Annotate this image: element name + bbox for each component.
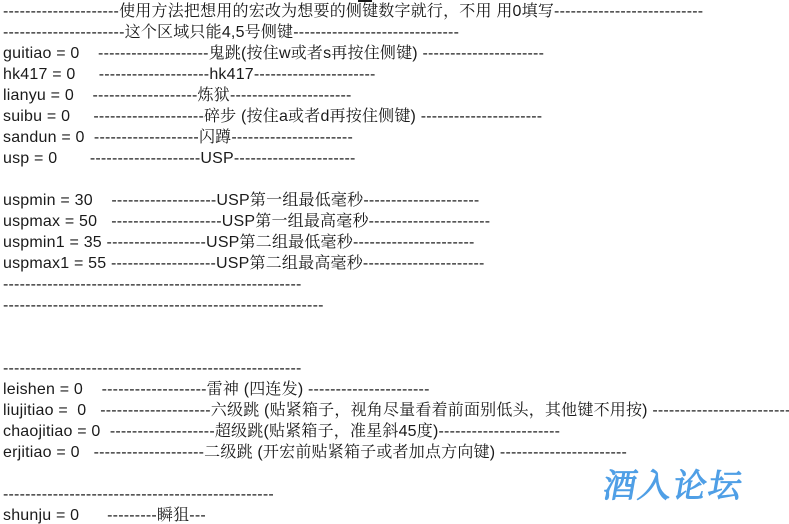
separator-line: ----------------------------------------… bbox=[3, 295, 789, 316]
macro-line-guitiao: guitiao = 0 --------------------鬼跳(按住w或者… bbox=[3, 43, 789, 64]
forum-watermark: 酒入论坛 bbox=[600, 460, 748, 507]
macro-line-uspmin: uspmin = 30 -------------------USP第一组最低毫… bbox=[3, 190, 789, 211]
comment-line: ---------------------使用方法把想用的宏改为想要的侧键数字就… bbox=[3, 1, 789, 22]
config-document: ---------------------使用方法把想用的宏改为想要的侧键数字就… bbox=[0, 0, 789, 524]
macro-line-liujitiao: liujitiao = 0 --------------------六级跳 (贴… bbox=[3, 400, 789, 421]
comment-line: ----------------------这个区域只能4,5号侧键------… bbox=[3, 22, 789, 43]
macro-line-sandun: sandun = 0 -------------------闪蹲--------… bbox=[3, 127, 789, 148]
blank-line bbox=[3, 169, 789, 190]
macro-line-lianyu: lianyu = 0 -------------------炼狱--------… bbox=[3, 85, 789, 106]
macro-line-shunju: shunju = 0 ---------瞬狙--- bbox=[3, 505, 789, 524]
macro-line-uspmin1: uspmin1 = 35 ------------------USP第二组最低毫… bbox=[3, 232, 789, 253]
macro-line-hk417: hk417 = 0 --------------------hk417-----… bbox=[3, 64, 789, 85]
macro-line-chaojitiao: chaojitiao = 0 -------------------超级跳(贴紧… bbox=[3, 421, 789, 442]
separator-line: ----------------------------------------… bbox=[3, 358, 789, 379]
text-lines: ---------------------使用方法把想用的宏改为想要的侧键数字就… bbox=[3, 1, 789, 524]
macro-line-uspmax: uspmax = 50 --------------------USP第一组最高… bbox=[3, 211, 789, 232]
separator-line: ----------------------------------------… bbox=[3, 274, 789, 295]
macro-line-suibu: suibu = 0 --------------------碎步 (按住a或者d… bbox=[3, 106, 789, 127]
macro-line-uspmax1: uspmax1 = 55 -------------------USP第二组最高… bbox=[3, 253, 789, 274]
blank-line bbox=[3, 316, 789, 337]
blank-line bbox=[3, 337, 789, 358]
macro-line-leishen: leishen = 0 -------------------雷神 (四连发) … bbox=[3, 379, 789, 400]
macro-line-usp: usp = 0 --------------------USP---------… bbox=[3, 148, 789, 169]
